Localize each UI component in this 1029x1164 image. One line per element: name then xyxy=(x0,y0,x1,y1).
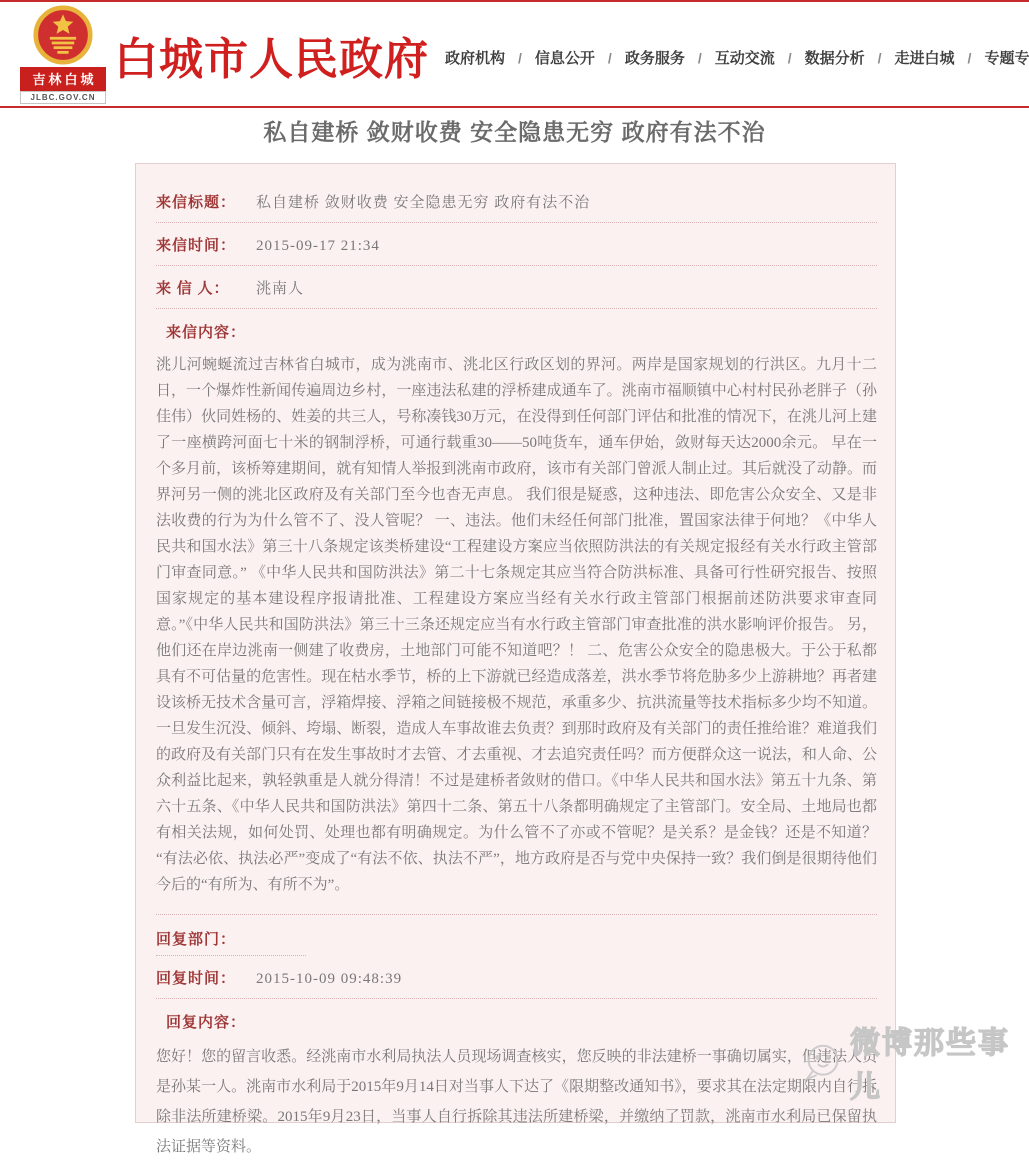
nav-separator: / xyxy=(865,50,895,66)
page-title: 私自建桥 敛财收费 安全隐患无穷 政府有法不治 xyxy=(0,114,1029,147)
nav-item-data-analysis[interactable]: 数据分析 xyxy=(805,47,865,68)
reply-content-label: 回复内容： xyxy=(166,1011,877,1032)
reply-time-label: 回复时间： xyxy=(156,967,256,988)
letter-content-text: 洮儿河蜿蜒流过吉林省白城市，成为洮南市、洮北区行政区划的界河。两岸是国家规划的行… xyxy=(156,352,877,898)
logo-domain-label: JLBC.GOV.CN xyxy=(20,91,106,104)
nav-item-information-disclosure[interactable]: 信息公开 xyxy=(535,47,595,68)
letter-content-block: 来信内容： 洮儿河蜿蜒流过吉林省白城市，成为洮南市、洮北区行政区划的界河。两岸是… xyxy=(156,309,877,917)
letter-sender-label: 来 信 人： xyxy=(156,277,256,298)
reply-department-label: 回复部门： xyxy=(156,928,256,949)
reply-time-value: 2015-10-09 09:48:39 xyxy=(256,971,402,988)
nav-separator: / xyxy=(505,50,535,66)
logo-region-label: 吉林白城 xyxy=(20,67,106,91)
main-nav: 政府机构 / 信息公开 / 政务服务 / 互动交流 / 数据分析 / 走进白城 … xyxy=(445,47,1029,68)
national-emblem-icon xyxy=(33,5,93,65)
site-header: 吉林白城 JLBC.GOV.CN 白城市人民政府 政府机构 / 信息公开 / 政… xyxy=(0,2,1029,107)
nav-item-special-topics[interactable]: 专题专栏 xyxy=(984,47,1029,68)
nav-item-about-baicheng[interactable]: 走进白城 xyxy=(895,47,955,68)
letter-time-label: 来信时间： xyxy=(156,234,256,255)
letter-title-row: 来信标题： 私自建桥 敛财收费 安全隐患无穷 政府有法不治 xyxy=(156,180,877,223)
letter-content-label: 来信内容： xyxy=(166,321,877,342)
nav-separator: / xyxy=(595,50,625,66)
nav-item-interaction[interactable]: 互动交流 xyxy=(715,47,775,68)
nav-separator: / xyxy=(685,50,715,66)
nav-separator: / xyxy=(775,50,805,66)
letter-title-value: 私自建桥 敛财收费 安全隐患无穷 政府有法不治 xyxy=(256,191,590,212)
separator xyxy=(156,914,877,915)
letter-time-value: 2015-09-17 21:34 xyxy=(256,238,380,255)
reply-content-block: 回复内容： 您好！您的留言收悉。经洮南市水利局执法人员现场调查核实，您反映的非法… xyxy=(156,999,877,1080)
letter-sender-value: 洮南人 xyxy=(256,277,304,298)
letter-detail-panel: 来信标题： 私自建桥 敛财收费 安全隐患无穷 政府有法不治 来信时间： 2015… xyxy=(135,163,896,1080)
letter-time-row: 来信时间： 2015-09-17 21:34 xyxy=(156,223,877,266)
header-red-line xyxy=(0,106,1029,108)
site-logo[interactable]: 吉林白城 JLBC.GOV.CN xyxy=(20,5,106,104)
nav-item-government-services[interactable]: 政务服务 xyxy=(625,47,685,68)
nav-separator: / xyxy=(955,50,985,66)
reply-content-text: 您好！您的留言收悉。经洮南市水利局执法人员现场调查核实，您反映的非法建桥一事确切… xyxy=(156,1042,877,1080)
letter-sender-row: 来 信 人： 洮南人 xyxy=(156,266,877,309)
reply-time-row: 回复时间： 2015-10-09 09:48:39 xyxy=(156,956,877,999)
letter-title-label: 来信标题： xyxy=(156,191,256,212)
nav-item-government-agencies[interactable]: 政府机构 xyxy=(445,47,505,68)
site-title: 白城市人民政府 xyxy=(114,23,429,87)
reply-department-row: 回复部门： xyxy=(156,917,877,955)
